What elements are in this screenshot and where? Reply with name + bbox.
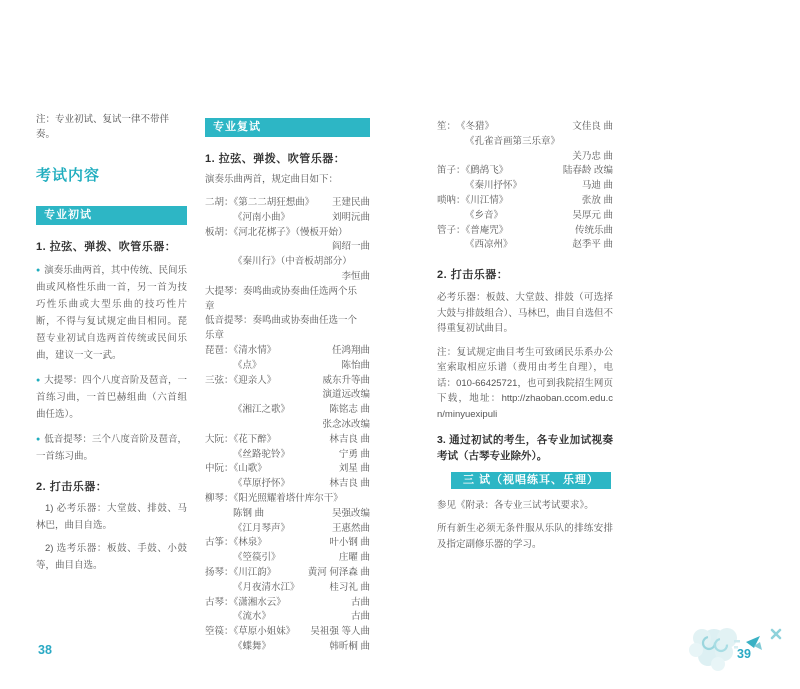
- percussion-item-list: 1) 必考乐器：大堂鼓、排鼓、马林巴，曲目自选。2) 选考乐器：板鼓、手鼓、小鼓…: [36, 500, 187, 574]
- repertoire-row: 三弦：《迎亲人》 威东升等曲: [205, 374, 370, 389]
- repertoire-row: 《孔雀音画第三乐章》: [437, 135, 613, 150]
- repertoire-row: 《丝路驼铃》 宁勇 曲: [205, 448, 370, 463]
- repertoire-row: 《西凉州》 赵季平 曲: [437, 238, 613, 253]
- piece-text: 柳琴：《阳光照耀着塔什库尔干》: [205, 492, 343, 507]
- repertoire-row: 古筝：《林泉》 叶小钢 曲: [205, 536, 370, 551]
- piece-text: 《箜篌引》: [233, 551, 281, 566]
- bullet-icon: ●: [36, 436, 40, 443]
- piece-text: 《孔雀音画第三乐章》: [465, 135, 560, 150]
- composer-text: 宁勇 曲: [333, 448, 370, 463]
- piece-text: 管子：《普庵咒》: [437, 224, 508, 239]
- composer-text: 林吉良 曲: [323, 433, 370, 448]
- repertoire-row: 《蝶舞》 韩昕桐 曲: [205, 640, 370, 655]
- composer-text: 刘星 曲: [333, 462, 370, 477]
- composer-text: 陈怡曲: [335, 359, 370, 374]
- repertoire-row: 大提琴：奏鸣曲或协奏曲任选两个乐章: [205, 285, 370, 315]
- piece-text: 陈钢 曲: [233, 507, 264, 522]
- composer-text: 叶小钢 曲: [323, 536, 370, 551]
- page-number-left: 38: [38, 643, 52, 657]
- repertoire-row: 板胡：《河北花梆子》（慢板开始）: [205, 226, 370, 241]
- bullet-text: 低音提琴：三个八度音阶及琶音，一首练习曲。: [36, 434, 187, 462]
- repertoire-row: 《草原抒怀》 林吉良 曲: [205, 477, 370, 492]
- piece-text: 唢呐：《川江情》: [437, 194, 508, 209]
- piece-text: 扬琴：《川江韵》: [205, 566, 276, 581]
- retest-repertoire-list: 二胡：《第二二胡狂想曲》 王建民曲 《河南小曲》 刘明沅曲 板胡：《河北花梆子》…: [205, 196, 370, 655]
- right-column: 笙： 《冬猎》 文佳良 曲 《孔雀音画第三乐章》 关乃忠 曲 笛子：《鹧鸪飞》 …: [437, 114, 613, 552]
- piece-text: 《点》: [233, 359, 262, 374]
- bullet-icon: ●: [36, 267, 40, 274]
- percussion-item: 2) 选考乐器：板鼓、手鼓、小鼓等，曲目自选。: [36, 540, 187, 574]
- repertoire-row: 陈钢 曲 吴强改编: [205, 507, 370, 522]
- piece-text: 古琴：《潇湘水云》: [205, 596, 286, 611]
- percussion-item: 1) 必考乐器：大堂鼓、排鼓、马林巴，曲目自选。: [36, 500, 187, 534]
- repertoire-row: 中阮：《山歌》 刘星 曲: [205, 462, 370, 477]
- composer-text: 黄河 何泽森 曲: [302, 566, 370, 581]
- piece-text: 笛子：《鹧鸪飞》: [437, 164, 508, 179]
- composer-text: 陈铭志 曲: [323, 403, 370, 418]
- repertoire-row: 《月夜清水江》 桂习礼 曲: [205, 581, 370, 596]
- composer-text: 阎绍一曲: [326, 240, 370, 255]
- retest-group-title-percussion: 2. 打击乐器：: [437, 266, 613, 282]
- retest-intro-text: 演奏乐曲两首，规定曲目如下：: [205, 172, 370, 187]
- page-title: 考试内容: [36, 164, 187, 185]
- piece-text: 笙： 《冬猎》: [437, 120, 494, 135]
- percussion-item-text: 2) 选考乐器：板鼓、手鼓、小鼓等，曲目自选。: [36, 543, 187, 571]
- composer-text: 吴祖强 等人曲: [304, 625, 370, 640]
- score-request-note: 注：复试规定曲目考生可致函民乐系办公室索取相应乐谱（费用由考生自理），电话：01…: [437, 345, 613, 423]
- repertoire-row: 柳琴：《阳光照耀着塔什库尔干》: [205, 492, 370, 507]
- composer-text: 刘明沅曲: [326, 211, 370, 226]
- repertoire-row: 《乡音》 吴厚元 曲: [437, 209, 613, 224]
- composer-text: 威东升等曲: [316, 374, 370, 389]
- bullet-text: 大提琴：四个八度音阶及琶音，一首练习曲，一首巴赫组曲（六首组曲任选）。: [36, 375, 187, 420]
- repertoire-row: 李恒曲: [205, 270, 370, 285]
- repertoire-row: 管子：《普庵咒》 传统乐曲: [437, 224, 613, 239]
- percussion-item-text: 1) 必考乐器：大堂鼓、排鼓、马林巴，曲目自选。: [36, 503, 187, 531]
- composer-text: 李恒曲: [335, 270, 370, 285]
- retest-group-title-strings-winds: 1. 拉弦、弹拨、吹管乐器：: [205, 150, 370, 166]
- bullet-list: ●演奏乐曲两首，其中传统、民间乐曲或风格性乐曲一首，另一首为技巧性乐曲或大型乐曲…: [36, 262, 187, 465]
- piece-text: 低音提琴：奏鸣曲或协奏曲任选一个乐章: [205, 314, 364, 344]
- repertoire-row: 《河南小曲》 刘明沅曲: [205, 211, 370, 226]
- piece-text: 琵琶：《清水情》: [205, 344, 276, 359]
- piece-text: 《秦川抒怀》: [465, 179, 522, 194]
- piece-text: 《丝路驼铃》: [233, 448, 290, 463]
- composer-text: [607, 135, 613, 150]
- accompaniment-note: 注：专业初试、复试一律不带伴奏。: [36, 112, 187, 142]
- piece-text: 《流水》: [233, 610, 271, 625]
- section-bar-preliminary-label: 专业初试: [44, 209, 92, 221]
- composer-text: 演道远改编: [316, 388, 370, 403]
- composer-text: 吴强改编: [326, 507, 370, 522]
- composer-text: [364, 255, 370, 270]
- repertoire-row: 张念冰改编: [205, 418, 370, 433]
- composer-text: [364, 226, 370, 241]
- bullet-item: ●低音提琴：三个八度音阶及琶音，一首练习曲。: [36, 431, 187, 465]
- composer-text: 古曲: [345, 596, 370, 611]
- piece-text: 三弦：《迎亲人》: [205, 374, 276, 389]
- left-column: 注：专业初试、复试一律不带伴奏。 考试内容 专业初试 1. 拉弦、弹拨、吹管乐器…: [36, 112, 187, 574]
- composer-text: 传统乐曲: [569, 224, 613, 239]
- composer-text: [364, 492, 370, 507]
- composer-text: 庄曜 曲: [333, 551, 370, 566]
- section-bar-third-exam-label: 三 试（视唱练耳、乐理）: [463, 474, 599, 486]
- retest-percussion-text: 必考乐器：板鼓、大堂鼓、排鼓（可选择大鼓与排鼓组合）、马林巴，曲目自选但不得重复…: [437, 290, 613, 337]
- middle-column: 专业复试 1. 拉弦、弹拨、吹管乐器： 演奏乐曲两首，规定曲目如下： 二胡：《第…: [205, 118, 370, 655]
- composer-text: [364, 314, 370, 344]
- repertoire-row: 《江月琴声》 王惠然曲: [205, 522, 370, 537]
- repertoire-row: 大阮：《花下醉》 林吉良 曲: [205, 433, 370, 448]
- piece-text: 《蝶舞》: [233, 640, 271, 655]
- repertoire-row: 关乃忠 曲: [437, 150, 613, 165]
- piece-text: 板胡：《河北花梆子》（慢板开始）: [205, 226, 348, 241]
- repertoire-row: 《点》 陈怡曲: [205, 359, 370, 374]
- bullet-item: ●演奏乐曲两首，其中传统、民间乐曲或风格性乐曲一首，另一首为技巧性乐曲或大型乐曲…: [36, 262, 187, 364]
- composer-text: [364, 285, 370, 315]
- repertoire-row: 唢呐：《川江情》 张放 曲: [437, 194, 613, 209]
- bullet-icon: ●: [36, 377, 40, 384]
- piece-text: 《湘江之歌》: [233, 403, 290, 418]
- repertoire-row: 《秦川行》（中音板胡部分）: [205, 255, 370, 270]
- composer-text: 桂习礼 曲: [323, 581, 370, 596]
- piece-text: 《河南小曲》: [233, 211, 290, 226]
- document-spread: 注：专业初试、复试一律不带伴奏。 考试内容 专业初试 1. 拉弦、弹拨、吹管乐器…: [0, 0, 800, 689]
- repertoire-row: 笙： 《冬猎》 文佳良 曲: [437, 120, 613, 135]
- section-bar-third-exam: 三 试（视唱练耳、乐理）: [451, 472, 611, 489]
- composer-text: 王建民曲: [326, 196, 370, 211]
- repertoire-row: 阎绍一曲: [205, 240, 370, 255]
- piece-text: 二胡：《第二二胡狂想曲》: [205, 196, 314, 211]
- piece-text: 《乡音》: [465, 209, 503, 224]
- repertoire-row: 琵琶：《清水情》 任鸿翔曲: [205, 344, 370, 359]
- repertoire-row: 古琴：《潇湘水云》 古曲: [205, 596, 370, 611]
- composer-text: 张放 曲: [576, 194, 613, 209]
- composer-text: 张念冰改编: [316, 418, 370, 433]
- repertoire-row: 二胡：《第二二胡狂想曲》 王建民曲: [205, 196, 370, 211]
- composer-text: 古曲: [345, 610, 370, 625]
- composer-text: 关乃忠 曲: [566, 150, 613, 165]
- repertoire-row: 演道远改编: [205, 388, 370, 403]
- composer-text: 陆春龄 改编: [557, 164, 613, 179]
- piece-text: 大阮：《花下醉》: [205, 433, 276, 448]
- group-title-percussion: 2. 打击乐器：: [36, 478, 187, 494]
- piece-text: 《江月琴声》: [233, 522, 290, 537]
- piece-text: 《月夜清水江》: [233, 581, 300, 596]
- composer-text: 王惠然曲: [326, 522, 370, 537]
- group-title-strings-winds: 1. 拉弦、弹拨、吹管乐器：: [36, 238, 187, 254]
- piece-text: 古筝：《林泉》: [205, 536, 267, 551]
- repertoire-row: 《秦川抒怀》 马迪 曲: [437, 179, 613, 194]
- composer-text: 吴厚元 曲: [566, 209, 613, 224]
- repertoire-row: 《湘江之歌》 陈铭志 曲: [205, 403, 370, 418]
- composer-text: 林吉良 曲: [323, 477, 370, 492]
- section-bar-retest-label: 专业复试: [213, 121, 261, 133]
- repertoire-row: 《箜篌引》 庄曜 曲: [205, 551, 370, 566]
- page-number-right: 39: [737, 647, 751, 661]
- piece-text: 《秦川行》（中音板胡部分）: [233, 255, 352, 270]
- composer-text: 韩昕桐 曲: [323, 640, 370, 655]
- section-bar-retest: 专业复试: [205, 118, 370, 137]
- bullet-item: ●大提琴：四个八度音阶及琶音，一首练习曲，一首巴赫组曲（六首组曲任选）。: [36, 372, 187, 423]
- retest-repertoire-list-continued: 笙： 《冬猎》 文佳良 曲 《孔雀音画第三乐章》 关乃忠 曲 笛子：《鹧鸪飞》 …: [437, 120, 613, 253]
- see-also-text: 参见《附录：各专业三试考试要求》。: [437, 498, 613, 513]
- repertoire-row: 箜篌：《草原小姐妹》 吴祖强 等人曲: [205, 625, 370, 640]
- section-bar-preliminary: 专业初试: [36, 206, 187, 225]
- piece-text: 《西凉州》: [465, 238, 513, 253]
- repertoire-row: 笛子：《鹧鸪飞》 陆春龄 改编: [437, 164, 613, 179]
- repertoire-row: 扬琴：《川江韵》 黄河 何泽森 曲: [205, 566, 370, 581]
- repertoire-row: 低音提琴：奏鸣曲或协奏曲任选一个乐章: [205, 314, 370, 344]
- sight-reading-item: 3. 通过初试的考生，各专业加试视奏考试（古琴专业除外）。: [437, 432, 613, 464]
- piece-text: 箜篌：《草原小姐妹》: [205, 625, 295, 640]
- orchestra-requirement-text: 所有新生必须无条件服从乐队的排练安排及指定副修乐器的学习。: [437, 521, 613, 552]
- piece-text: 大提琴：奏鸣曲或协奏曲任选两个乐章: [205, 285, 364, 315]
- composer-text: 任鸿翔曲: [326, 344, 370, 359]
- composer-text: 文佳良 曲: [566, 120, 613, 135]
- composer-text: 赵季平 曲: [566, 238, 613, 253]
- piece-text: 中阮：《山歌》: [205, 462, 267, 477]
- repertoire-row: 《流水》 古曲: [205, 610, 370, 625]
- piece-text: 《草原抒怀》: [233, 477, 290, 492]
- composer-text: 马迪 曲: [576, 179, 613, 194]
- bullet-text: 演奏乐曲两首，其中传统、民间乐曲或风格性乐曲一首，另一首为技巧性乐曲或大型乐曲的…: [36, 265, 187, 361]
